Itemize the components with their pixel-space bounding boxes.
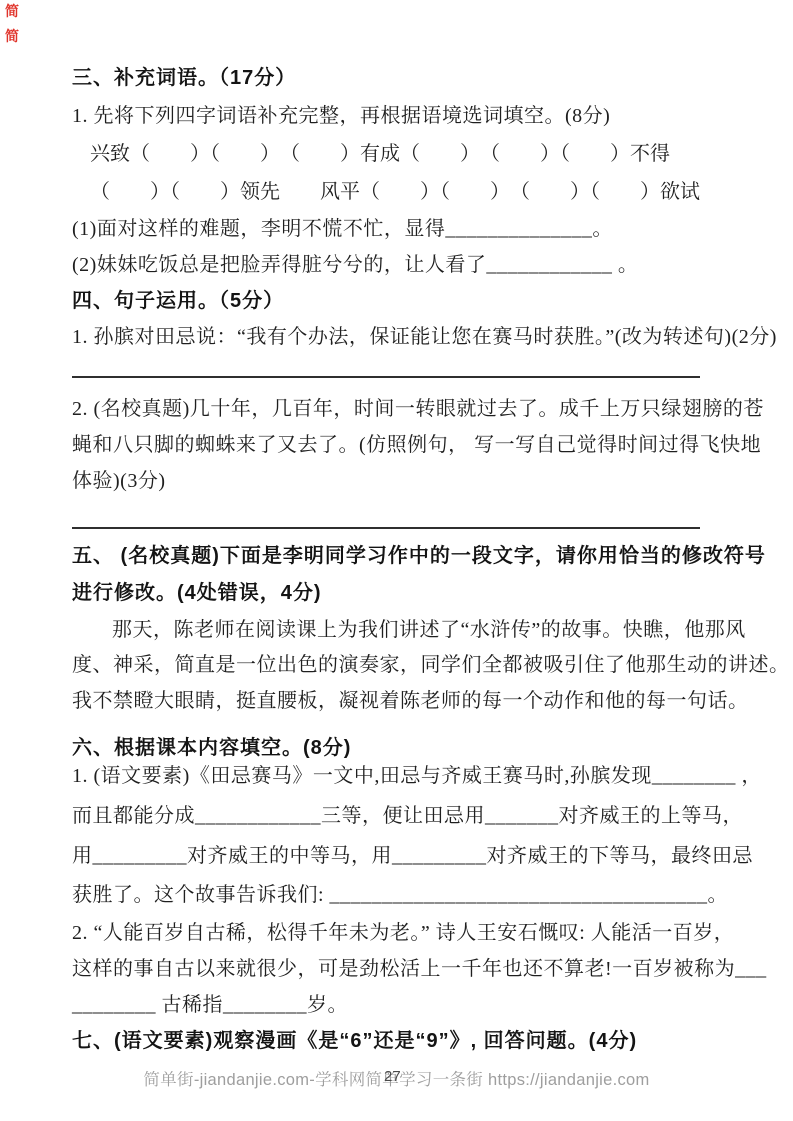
q3-word-row-1: 兴致（ ）（ ） （ ）有成（ ） （ ）（ ）不得 <box>90 142 670 166</box>
q6-2-line2: 这样的事自古以来就很少，可是劲松活上一千年也还不算老!一百岁被称为___ <box>72 957 767 981</box>
answer-line-2 <box>72 527 700 529</box>
q3-word-row-2: （ ）（ ）领先 风平（ ）（ ） （ ）（ ）欲试 <box>90 180 700 204</box>
worksheet-page: 简 简 三、补充词语。（17分） 1. 先将下列四字词语补充完整，再根据语境选词… <box>0 0 793 1121</box>
page-number: 27 <box>384 1068 401 1085</box>
red-stamp-mark-top: 简 <box>5 4 19 18</box>
q6-1-line3: 用_________对齐威王的中等马，用_________对齐威王的下等马，最终… <box>72 844 753 868</box>
q4-2-line1: 2. (名校真题)几十年，几百年，时间一转眼就过去了。成千上万只绿翅膀的苍 <box>72 397 764 421</box>
q4-2-line3: 体验)(3分) <box>72 469 165 493</box>
q6-2-line3: ________ 古稀指________岁。 <box>72 993 348 1017</box>
q6-2-line1: 2. “人能百岁自古稀，松得千年未为老。” 诗人王安石慨叹: 人能活一百岁， <box>72 921 734 945</box>
section-six-heading: 六、根据课本内容填空。(8分) <box>72 736 351 760</box>
section-five-heading-line2: 进行修改。(4处错误，4分) <box>72 581 322 605</box>
q4-2-line2: 蝇和八只脚的蜘蛛来了又去了。(仿照例句， 写一写自己觉得时间过得飞快地 <box>72 433 761 457</box>
answer-line-1 <box>72 376 700 378</box>
section-three-heading: 三、补充词语。（17分） <box>72 66 296 90</box>
q3-fill-blank-1: (1)面对这样的难题，李明不慌不忙，显得______________。 <box>72 217 613 241</box>
q3-fill-blank-2: (2)妹妹吃饭总是把脸弄得脏兮兮的，让人看了____________ 。 <box>72 253 638 277</box>
q6-1-line2: 而且都能分成____________三等，便让田忌用_______对齐威王的上等… <box>72 804 743 828</box>
q5-paragraph-line1: 那天，陈老师在阅读课上为我们讲述了“水浒传”的故事。快瞧，他那风 <box>112 618 746 642</box>
q5-paragraph-line3: 我不禁瞪大眼睛，挺直腰板，凝视着陈老师的每一个动作和他的每一句话。 <box>72 689 749 713</box>
section-five-heading-line1: 五、 (名校真题)下面是李明同学习作中的一段文字，请你用恰当的修改符号 <box>72 544 766 568</box>
q4-1-prompt: 1. 孙膑对田忌说：“我有个办法，保证能让您在赛马时获胜。”(改为转述句)(2分… <box>72 325 777 349</box>
q5-paragraph-line2: 度、神采，简直是一位出色的演奏家，同学们全都被吸引住了他那生动的讲述。 <box>72 653 790 677</box>
red-stamp-mark-bottom: 简 <box>5 29 19 43</box>
section-seven-heading: 七、(语文要素)观察漫画《是“6”还是“9”》, 回答问题。(4分) <box>72 1029 637 1053</box>
q6-1-line4: 获胜了。这个故事告诉我们: __________________________… <box>72 883 728 907</box>
q6-1-line1: 1. (语文要素)《田忌赛马》一文中,田忌与齐威王赛马时,孙膑发现_______… <box>72 764 762 788</box>
section-four-heading: 四、句子运用。（5分） <box>72 289 284 313</box>
q3-1-prompt: 1. 先将下列四字词语补充完整，再根据语境选词填空。(8分) <box>72 104 610 128</box>
